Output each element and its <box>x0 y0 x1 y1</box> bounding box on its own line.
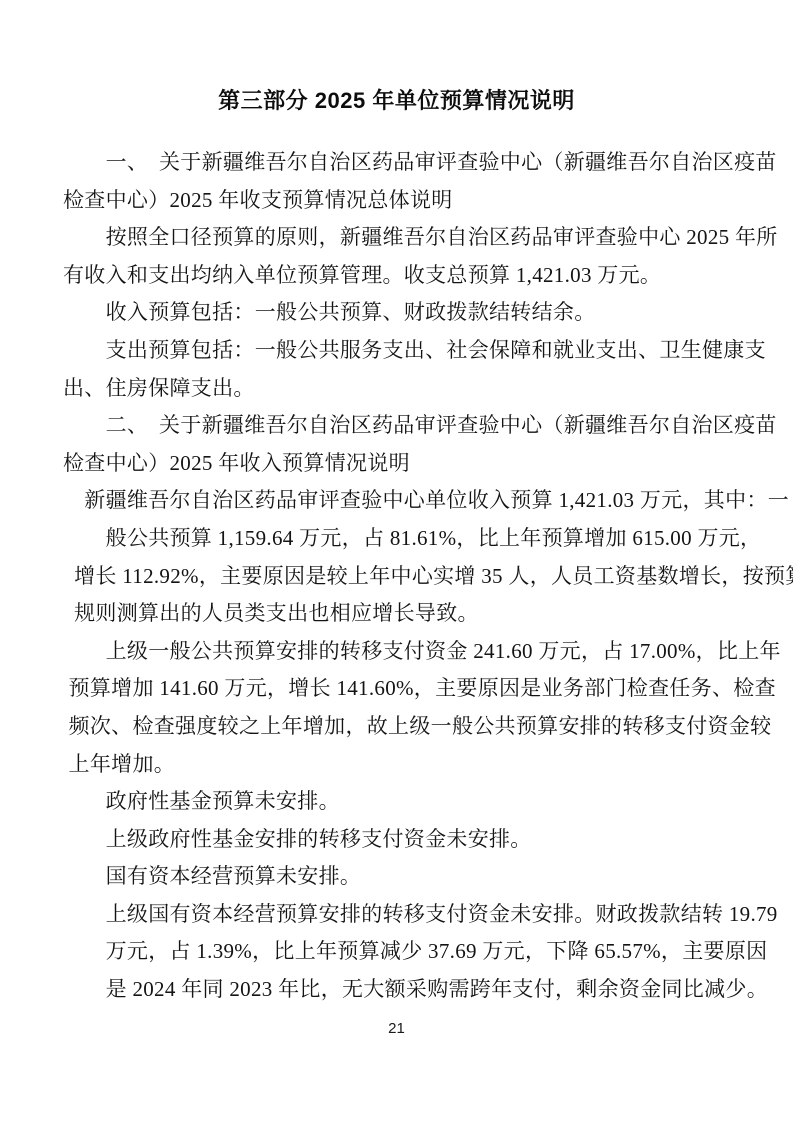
text-line: 检查中心）2025 年收支预算情况总体说明 <box>63 182 763 220</box>
text-line: 是 2024 年同 2023 年比，无大额采购需跨年支付，剩余资金同比减少。 <box>63 971 763 1009</box>
document-body: 一、 关于新疆维吾尔自治区药品审评查验中心（新疆维吾尔自治区疫苗 检查中心）20… <box>63 144 763 1009</box>
text-line: 上级政府性基金安排的转移支付资金未安排。 <box>63 821 763 859</box>
text-line: 一、 关于新疆维吾尔自治区药品审评查验中心（新疆维吾尔自治区疫苗 <box>63 144 763 182</box>
text-line: 按照全口径预算的原则，新疆维吾尔自治区药品审评查验中心 2025 年所 <box>63 219 763 257</box>
text-line: 出、住房保障支出。 <box>63 370 763 408</box>
page-title: 第三部分 2025 年单位预算情况说明 <box>0 88 793 114</box>
text-line: 增长 112.92%，主要原因是较上年中心实增 35 人，人员工资基数增长，按预… <box>63 558 763 596</box>
text-line: 上级国有资本经营预算安排的转移支付资金未安排。财政拨款结转 19.79 <box>63 896 763 934</box>
text-line: 二、 关于新疆维吾尔自治区药品审评查验中心（新疆维吾尔自治区疫苗 <box>63 407 763 445</box>
text-line: 有收入和支出均纳入单位预算管理。收支总预算 1,421.03 万元。 <box>63 257 763 295</box>
text-line: 收入预算包括：一般公共预算、财政拨款结转结余。 <box>63 294 763 332</box>
text-line: 频次、检查强度较之上年增加，故上级一般公共预算安排的转移支付资金较 <box>63 708 763 746</box>
text-line: 般公共预算 1,159.64 万元，占 81.61%，比上年预算增加 615.0… <box>63 520 763 558</box>
text-line: 政府性基金预算未安排。 <box>63 783 763 821</box>
page-number: 21 <box>0 1019 793 1039</box>
text-line: 支出预算包括：一般公共服务支出、社会保障和就业支出、卫生健康支 <box>63 332 763 370</box>
text-line: 上级一般公共预算安排的转移支付资金 241.60 万元，占 17.00%，比上年 <box>63 633 763 671</box>
text-line: 规则测算出的人员类支出也相应增长导致。 <box>63 595 763 633</box>
text-line: 检查中心）2025 年收入预算情况说明 <box>63 445 763 483</box>
text-line: 国有资本经营预算未安排。 <box>63 858 763 896</box>
text-line: 上年增加。 <box>63 746 763 784</box>
text-line: 预算增加 141.60 万元，增长 141.60%，主要原因是业务部门检查任务、… <box>63 670 763 708</box>
text-line: 新疆维吾尔自治区药品审评查验中心单位收入预算 1,421.03 万元，其中：一 <box>63 482 763 520</box>
text-line: 万元，占 1.39%，比上年预算减少 37.69 万元，下降 65.57%，主要… <box>63 933 763 971</box>
document-page: 第三部分 2025 年单位预算情况说明 一、 关于新疆维吾尔自治区药品审评查验中… <box>0 0 793 1122</box>
